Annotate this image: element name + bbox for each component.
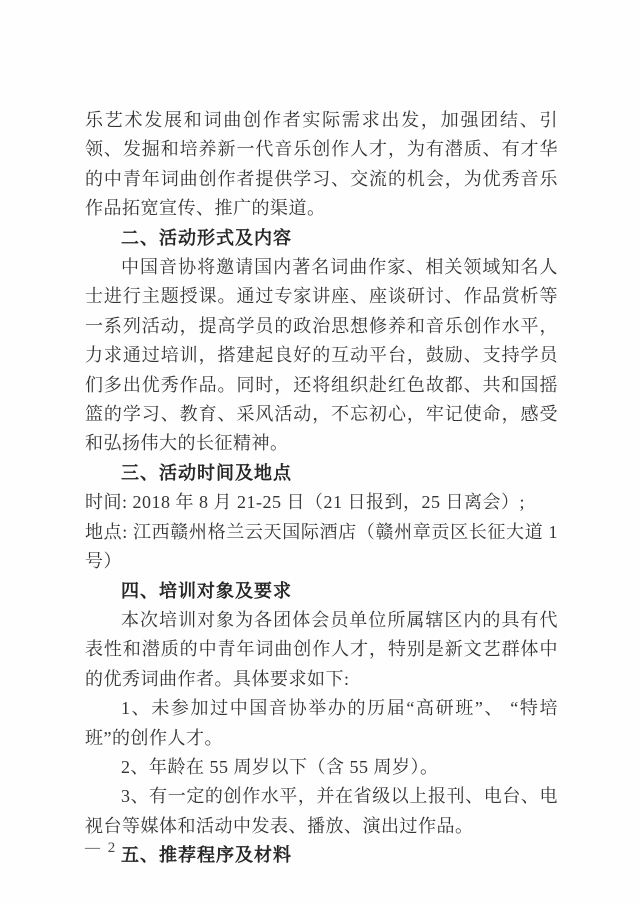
- section-heading: 三、活动时间及地点: [85, 459, 558, 488]
- paragraph: 乐艺术发展和词曲创作者实际需求出发，加强团结、引领、发掘和培养新一代音乐创作人才…: [85, 106, 558, 224]
- paragraph: 时间: 2018 年 8 月 21-25 日（21 日报到，25 日离会）;: [85, 488, 558, 517]
- section-heading: 二、活动形式及内容: [85, 224, 558, 253]
- document-page: 乐艺术发展和词曲创作者实际需求出发，加强团结、引领、发掘和培养新一代音乐创作人才…: [0, 0, 640, 905]
- paragraph: 中国音协将邀请国内著名词曲作家、相关领域知名人士进行主题授课。通过专家讲座、座谈…: [85, 253, 558, 459]
- section-heading: 四、培训对象及要求: [85, 577, 558, 606]
- paragraph: 本次培训对象为各团体会员单位所属辖区内的具有代表性和潜质的中青年词曲创作人才，特…: [85, 606, 558, 694]
- paragraph: 地点: 江西赣州格兰云天国际酒店（赣州章贡区长征大道 1 号）: [85, 518, 558, 577]
- section-heading: 五、推荐程序及材料: [85, 841, 558, 870]
- document-body: 乐艺术发展和词曲创作者实际需求出发，加强团结、引领、发掘和培养新一代音乐创作人才…: [85, 106, 558, 871]
- paragraph: 2、年龄在 55 周岁以下（含 55 周岁）。: [85, 753, 558, 782]
- paragraph: 3、有一定的创作水平，并在省级以上报刊、电台、电视台等媒体和活动中发表、播放、演…: [85, 782, 558, 841]
- paragraph: 1、未参加过中国音协举办的历届“高研班”、 “特培班”的创作人才。: [85, 694, 558, 753]
- page-number: — 2 —: [85, 840, 140, 857]
